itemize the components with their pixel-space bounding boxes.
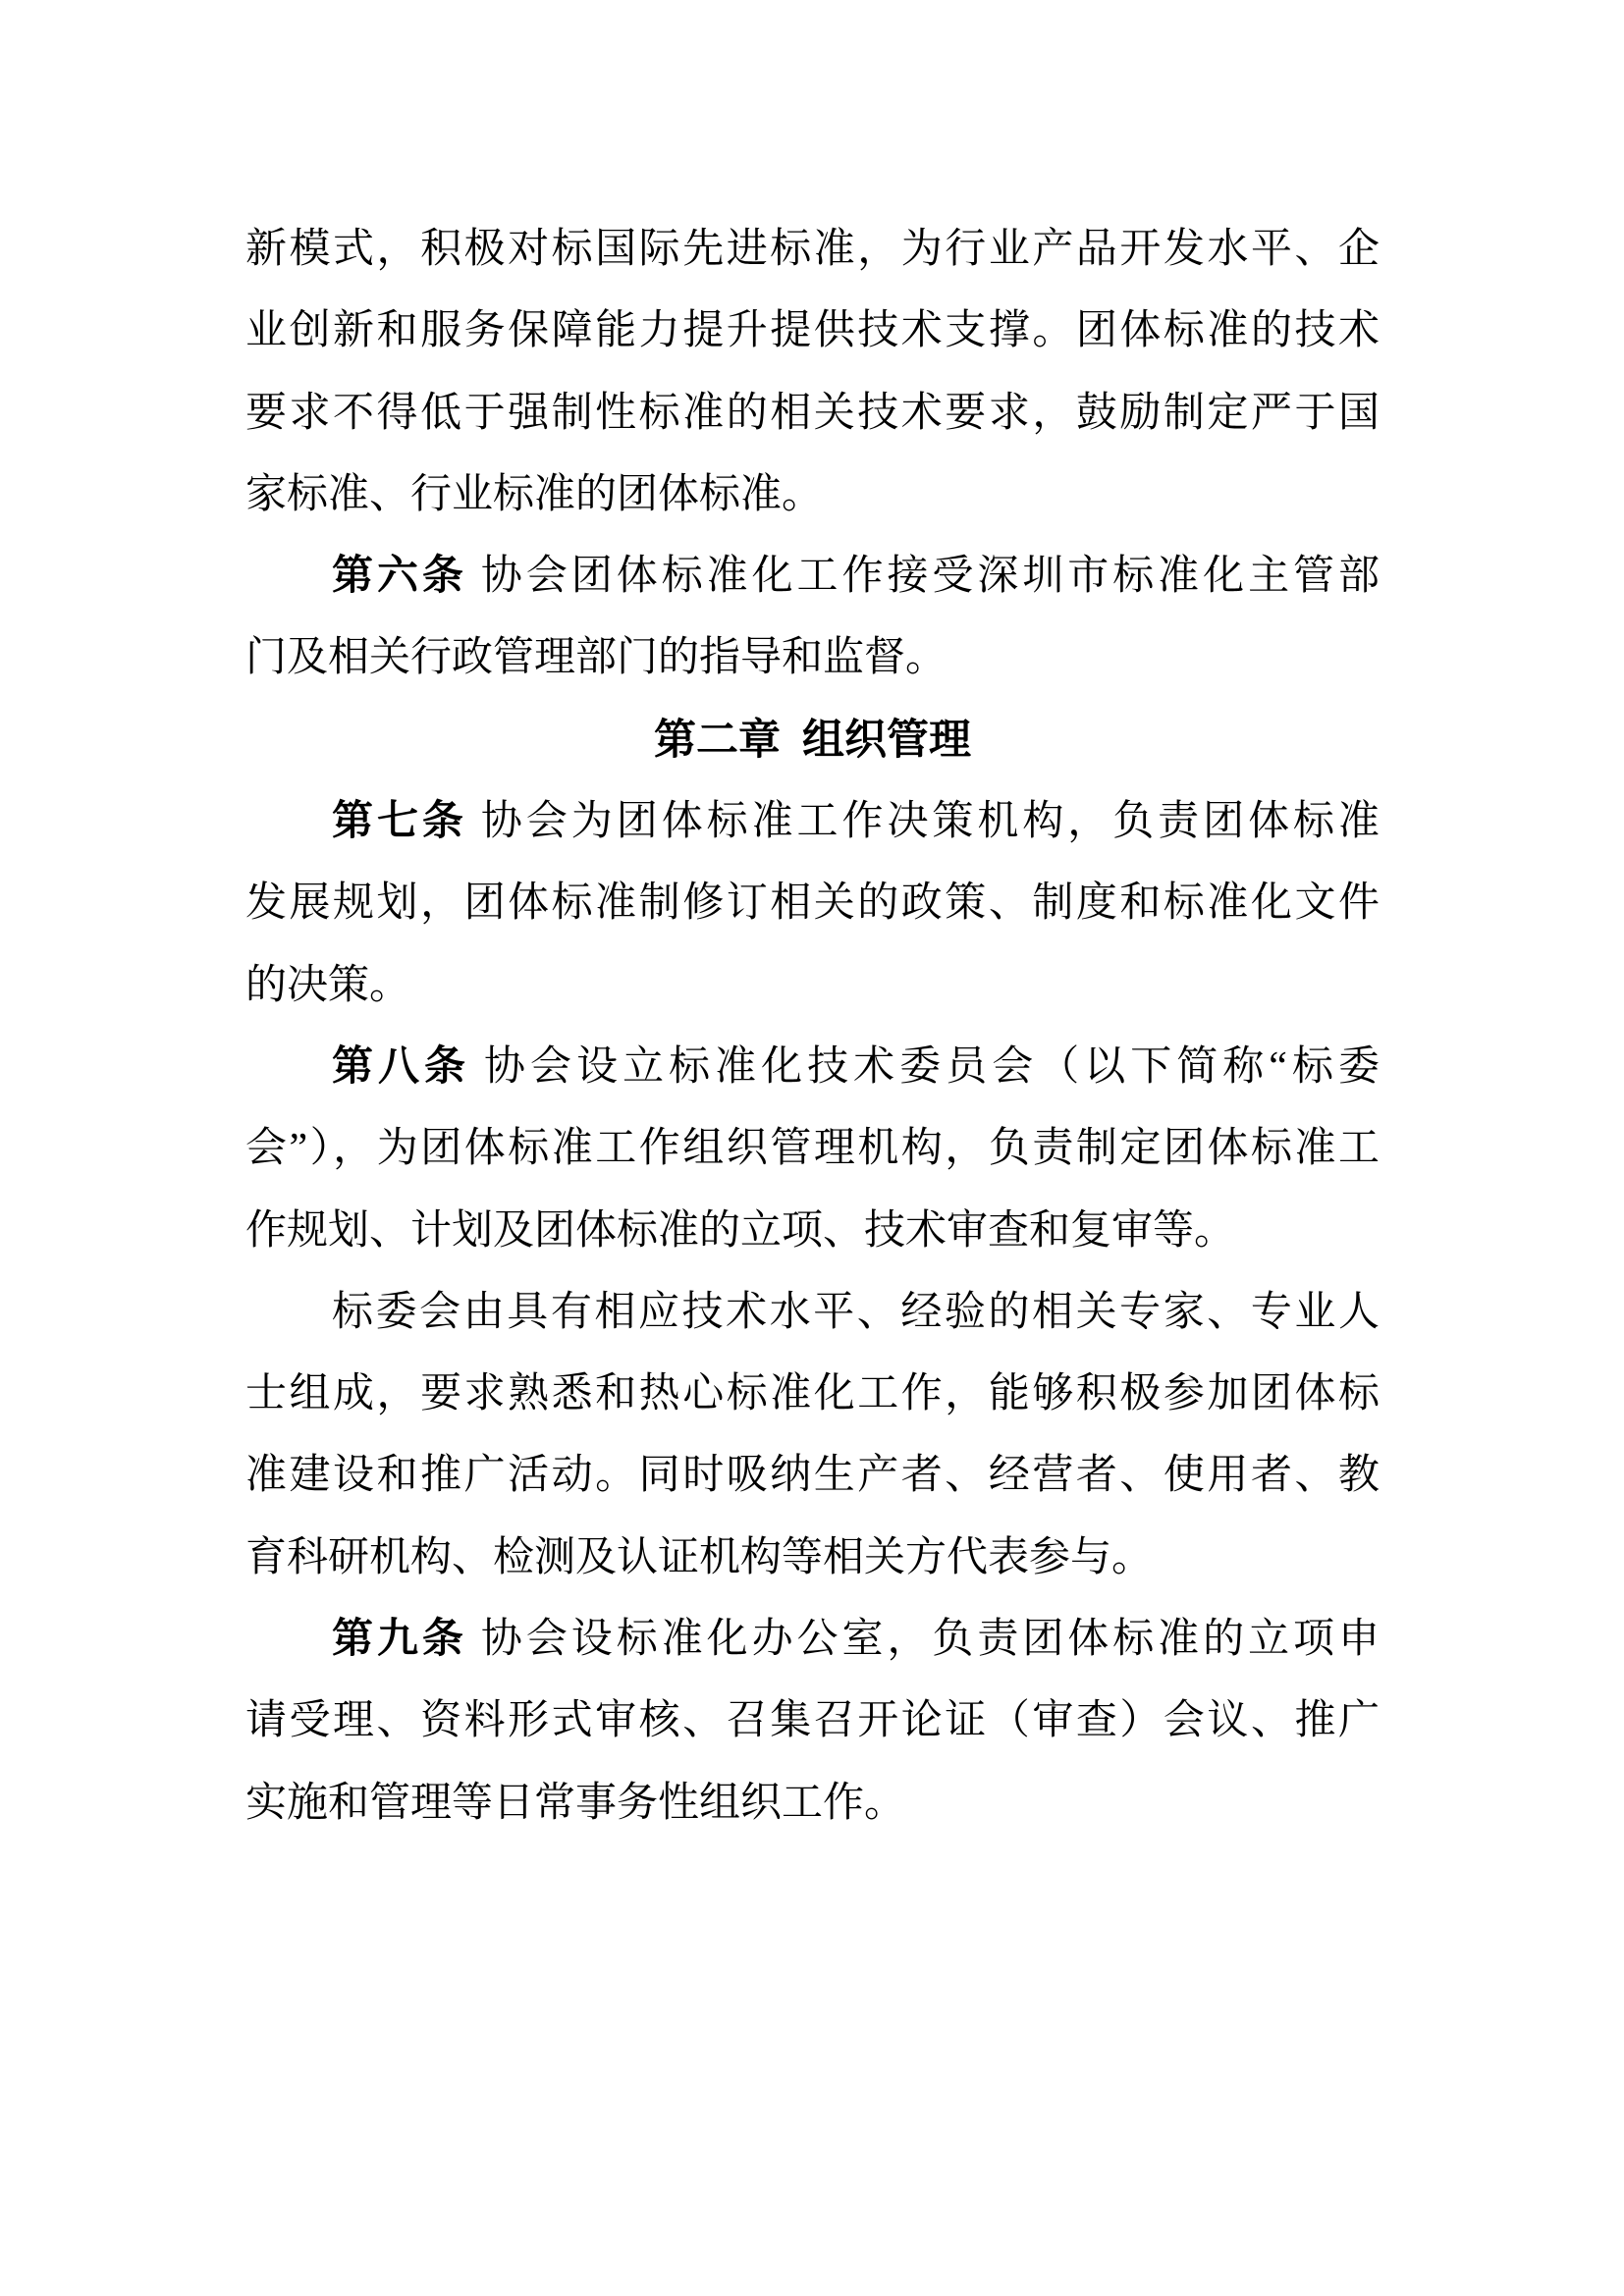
line-text: 要求不得低于强制性标准的相关技术要求，鼓励制定严于国: [245, 391, 1380, 436]
article-number: 第六条: [332, 554, 467, 599]
line-text: 协会设标准化办公室，负责团体标准的立项申: [481, 1617, 1380, 1662]
document-body: 新模式，积极对标国际先进标准，为行业产品开发水平、企业创新和服务保障能力提升提供…: [245, 209, 1380, 1844]
line-text: 准建设和推广活动。同时吸纳生产者、经营者、使用者、教: [245, 1453, 1380, 1498]
body-line: 家标准、行业标准的团体标准。: [245, 454, 1380, 536]
chapter-heading: 第二章 组织管理: [245, 700, 1380, 781]
body-line: 业创新和服务保障能力提升提供技术支撑。团体标准的技术: [245, 291, 1380, 372]
body-line: 准建设和推广活动。同时吸纳生产者、经营者、使用者、教: [245, 1435, 1380, 1517]
body-line: 标委会由具有相应技术水平、经验的相关专家、专业人: [245, 1272, 1380, 1354]
body-line: 的决策。: [245, 945, 1380, 1027]
line-text: 会”），为团体标准工作组织管理机构，负责制定团体标准工: [245, 1126, 1380, 1171]
document-page: 新模式，积极对标国际先进标准，为行业产品开发水平、企业创新和服务保障能力提升提供…: [0, 0, 1624, 2296]
body-line: 新模式，积极对标国际先进标准，为行业产品开发水平、企: [245, 209, 1380, 291]
line-text: 的决策。: [245, 963, 410, 1008]
line-text: 新模式，积极对标国际先进标准，为行业产品开发水平、企: [245, 227, 1380, 272]
body-line: 作规划、计划及团体标准的立项、技术审查和复审等。: [245, 1191, 1380, 1272]
body-line: 要求不得低于强制性标准的相关技术要求，鼓励制定严于国: [245, 373, 1380, 454]
body-line: 第六条协会团体标准化工作接受深圳市标准化主管部: [245, 536, 1380, 617]
article-number: 第八条: [332, 1044, 470, 1090]
body-line: 第七条协会为团体标准工作决策机构，负责团体标准: [245, 781, 1380, 863]
line-text: 作规划、计划及团体标准的立项、技术审查和复审等。: [245, 1208, 1235, 1254]
article-number: 第九条: [332, 1617, 467, 1662]
body-line: 第八条协会设立标准化技术委员会（以下简称“标委: [245, 1027, 1380, 1108]
body-line: 育科研机构、检测及认证机构等相关方代表参与。: [245, 1518, 1380, 1599]
line-text: 门及相关行政管理部门的指导和监督。: [245, 635, 947, 680]
line-text: 请受理、资料形式审核、召集召开论证（审查）会议、推广: [245, 1698, 1380, 1743]
line-text: 育科研机构、检测及认证机构等相关方代表参与。: [245, 1535, 1153, 1580]
line-text: 标委会由具有相应技术水平、经验的相关专家、专业人: [332, 1290, 1380, 1335]
article-number: 第七条: [332, 799, 467, 844]
body-line: 士组成，要求熟悉和热心标准化工作，能够积极参加团体标: [245, 1354, 1380, 1435]
body-line: 会”），为团体标准工作组织管理机构，负责制定团体标准工: [245, 1108, 1380, 1190]
line-text: 家标准、行业标准的团体标准。: [245, 472, 823, 517]
line-text: 实施和管理等日常事务性组织工作。: [245, 1781, 905, 1826]
body-line: 请受理、资料形式审核、召集召开论证（审查）会议、推广: [245, 1681, 1380, 1762]
line-text: 业创新和服务保障能力提升提供技术支撑。团体标准的技术: [245, 308, 1380, 353]
line-text: 协会设立标准化技术委员会（以下简称“标委: [484, 1044, 1380, 1090]
line-text: 发展规划，团体标准制修订相关的政策、制度和标准化文件: [245, 881, 1380, 926]
body-line: 第九条协会设标准化办公室，负责团体标准的立项申: [245, 1599, 1380, 1681]
line-text: 协会团体标准化工作接受深圳市标准化主管部: [481, 554, 1380, 599]
line-text: 士组成，要求熟悉和热心标准化工作，能够积极参加团体标: [245, 1371, 1380, 1416]
body-line: 门及相关行政管理部门的指导和监督。: [245, 617, 1380, 699]
body-line: 实施和管理等日常事务性组织工作。: [245, 1763, 1380, 1844]
body-line: 发展规划，团体标准制修订相关的政策、制度和标准化文件: [245, 863, 1380, 944]
line-text: 协会为团体标准工作决策机构，负责团体标准: [481, 799, 1380, 844]
